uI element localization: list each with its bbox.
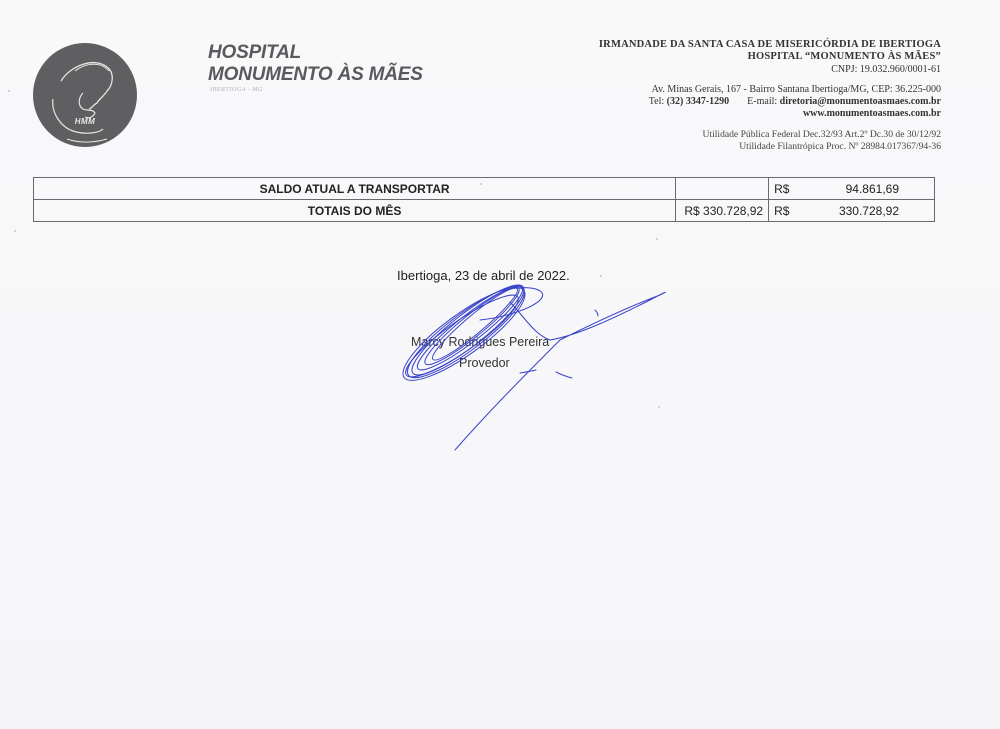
mother-silhouette-icon [33,43,137,147]
currency-symbol: R$ [774,182,789,196]
scan-speck [600,275,602,277]
document-page: HMM HOSPITAL MONUMENTO ÀS MÃES IBERTIOGA… [0,0,1000,729]
org-name: IRMANDADE DA SANTA CASA DE MISERICÓRDIA … [599,39,941,51]
row-label: SALDO ATUAL A TRANSPORTAR [34,178,676,200]
signer-name: Marcy Rodrigues Pereira [411,335,549,349]
logo-initials: HMM [33,117,137,126]
hospital-name-line2: MONUMENTO ÀS MÃES [208,64,423,86]
contact-line: Tel: (32) 3347-1290E-mail: diretoria@mon… [599,96,941,108]
balance-cell: R$ 94.861,69 [769,178,935,200]
email-link[interactable]: diretoria@monumentoasmaes.com.br [780,96,941,107]
scan-speck [658,406,660,408]
tel-value: (32) 3347-1290 [667,96,730,107]
scan-speck [14,230,16,232]
closing-date: Ibertioga, 23 de abril de 2022. [397,268,570,283]
signer-role: Provedor [459,356,510,370]
email-label: E-mail: [747,96,780,107]
balance-cell: R$ 330.728,92 [769,200,935,222]
cnpj: CNPJ: 19.032.960/0001-61 [599,63,941,76]
month-total-cell: R$ 330.728,92 [676,200,769,222]
row-label: TOTAIS DO MÊS [34,200,676,222]
institution-header: IRMANDADE DA SANTA CASA DE MISERICÓRDIA … [599,39,941,153]
utility-federal: Utilidade Pública Federal Dec.32/93 Art.… [599,129,941,141]
amount-value: 94.861,69 [846,182,929,196]
hospital-full-name: HOSPITAL “MONUMENTO ÀS MÃES” [599,51,941,63]
address: Av. Minas Gerais, 167 - Bairro Santana I… [599,84,941,96]
scan-speck [480,183,482,185]
hospital-city: IBERTIOGA - MG [210,86,263,93]
scan-speck [8,90,10,92]
scan-speck [656,238,658,240]
table-row: TOTAIS DO MÊS R$ 330.728,92 R$ 330.728,9… [34,200,935,222]
website-link[interactable]: www.monumentoasmaes.com.br [803,108,941,119]
hospital-name-line1: HOSPITAL [208,42,423,64]
table-row: SALDO ATUAL A TRANSPORTAR R$ 94.861,69 [34,178,935,200]
utility-philanthropic: Utilidade Filantrópica Proc. Nº 28984.01… [599,141,941,153]
totals-table: SALDO ATUAL A TRANSPORTAR R$ 94.861,69 T… [33,177,935,222]
hospital-logo: HMM [33,43,137,147]
hospital-name: HOSPITAL MONUMENTO ÀS MÃES [208,42,423,86]
tel-label: Tel: [649,96,667,107]
amount-value: 330.728,92 [839,204,929,218]
month-total-cell [676,178,769,200]
currency-symbol: R$ [774,204,789,218]
